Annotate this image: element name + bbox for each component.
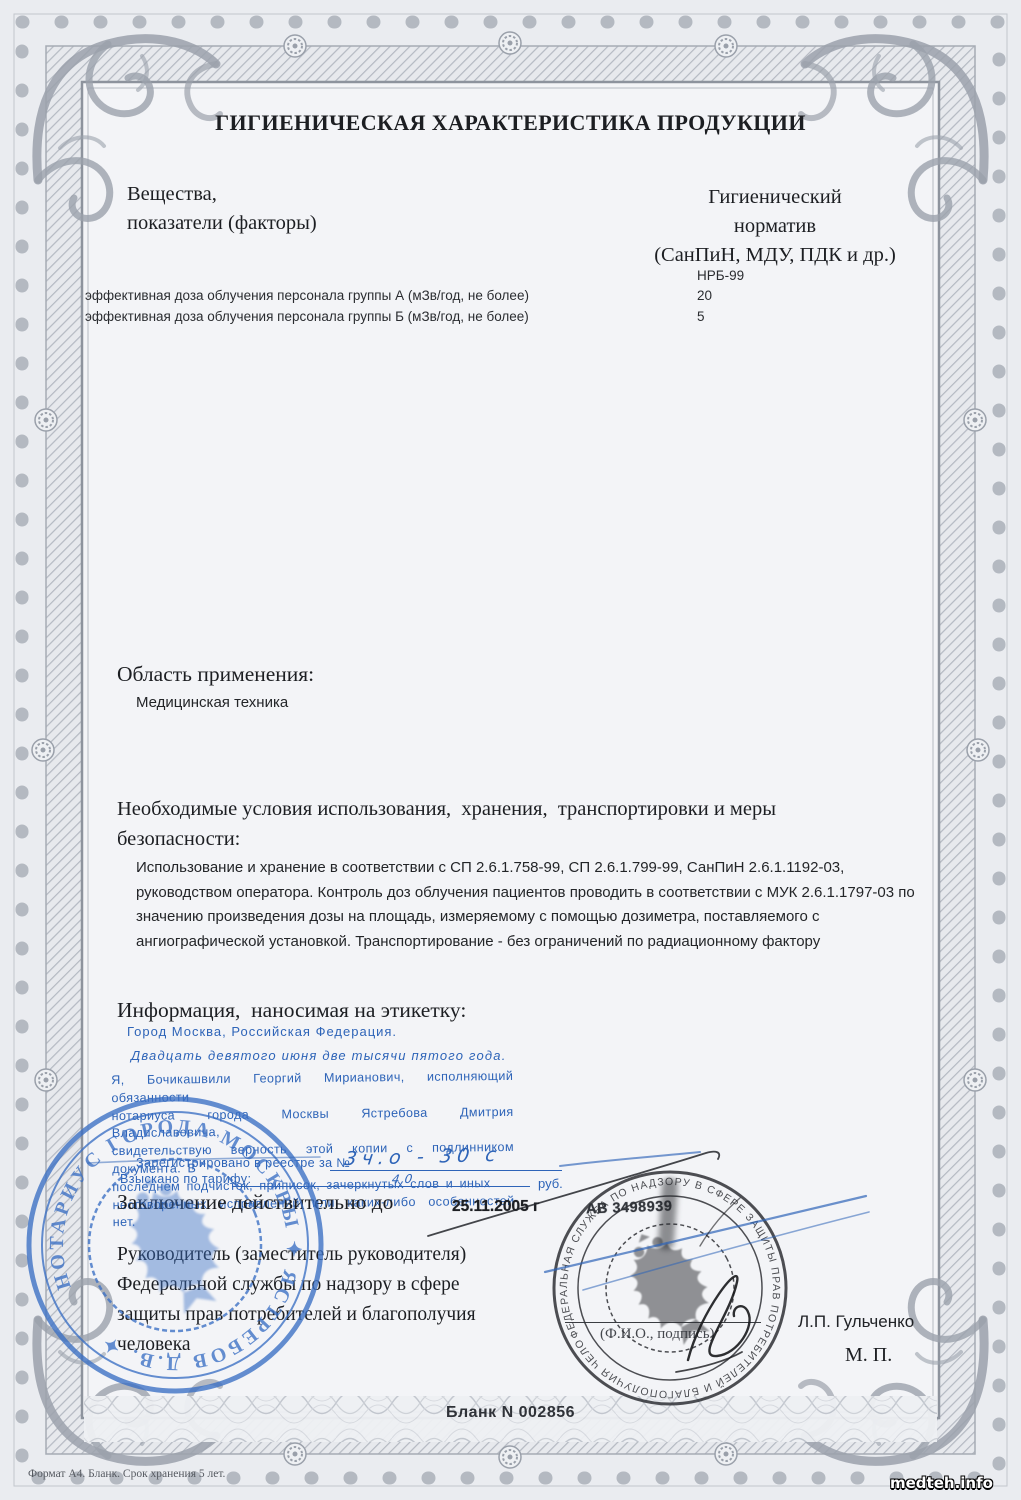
role-line: Федеральной службы по надзору в сфере (117, 1270, 476, 1300)
registry-value-handwritten: 3ч.о - 30 с (343, 1144, 502, 1170)
table-left-header-line2: показатели (факторы) (127, 212, 317, 235)
bleedthrough-line (608, 404, 873, 413)
bleedthrough-line (252, 678, 897, 688)
site-watermark: medteh.info (890, 1474, 993, 1492)
tariff-currency: руб. (538, 1176, 563, 1191)
conditions-heading-line1: Необходимые условия использования, хране… (117, 798, 776, 821)
document-title: ГИГИЕНИЧЕСКАЯ ХАРАКТЕРИСТИКА ПРОДУКЦИИ (0, 110, 1021, 136)
signatory-name: Л.П. Гульченко (798, 1312, 914, 1332)
bleedthrough-line (490, 614, 785, 626)
right-header-line2: норматив (630, 212, 920, 241)
table-row-label: эффективная доза облучения персонала гру… (85, 288, 529, 303)
mp-mark: М. П. (845, 1344, 892, 1367)
right-header-line1: Гигиенический (630, 183, 920, 212)
notary-city-line: Город Москва, Российская Федерация. (127, 1024, 397, 1039)
conditions-heading-line2: безопасности: (117, 828, 240, 851)
registry-line (330, 1170, 562, 1171)
tariff-label: Взыскано по тарифу: (120, 1172, 251, 1186)
bleedthrough-line (250, 743, 790, 753)
bleedthrough-line (700, 573, 885, 581)
bleedthrough-line (118, 982, 683, 992)
bleedthrough-line (560, 1161, 865, 1171)
certificate-page: САНИТАРНО-ЭПИДЕМИОЛОГИЧЕСКОЕ ЗАКЛЮЧЕНИЕ (0, 0, 1021, 1500)
bleedthrough-line (250, 700, 915, 710)
label-info-heading: Информация, наносимая на этикетку: (117, 998, 466, 1023)
bleedthrough-line (148, 362, 218, 371)
bleedthrough-line (258, 636, 903, 645)
bleedthrough-line (250, 722, 870, 732)
bleedthrough-line (158, 962, 848, 972)
fio-caption: (Ф.И.О., подпись) (600, 1326, 715, 1343)
role-line: Руководитель (заместитель руководителя) (117, 1240, 476, 1270)
table-row-label: эффективная доза облучения персонала гру… (85, 309, 529, 324)
bleedthrough-line (852, 356, 942, 366)
right-header-line3: (СанПиН, МДУ, ПДК и др.) (630, 241, 920, 270)
bleedthrough-line (488, 772, 773, 783)
ink-smudge (658, 1178, 679, 1251)
notary-date-line: Двадцать девятого июня две тысячи пятого… (131, 1048, 507, 1063)
registry-small-handwritten: 40 (391, 1172, 418, 1187)
role-line: защиты прав потребителей и благополучия (117, 1300, 476, 1330)
signature-line (565, 1322, 761, 1323)
validity-label: Заключение действительно до (117, 1190, 393, 1215)
bleedthrough-line (255, 652, 565, 660)
signatory-role: Руководитель (заместитель руководителя) … (117, 1240, 476, 1360)
bleedthrough-line (520, 556, 825, 565)
bleedthrough-line (848, 402, 948, 411)
statement-line: нотариуса города Москвы Ястребова Дмитри… (112, 1104, 514, 1140)
registry-label: Зарегистрировано в реестре за № (136, 1156, 350, 1170)
bleedthrough-line (618, 1118, 883, 1128)
standard-label: НРБ-99 (697, 268, 744, 283)
validity-date: 25.11.2005 г (452, 1198, 539, 1216)
tariff-line (232, 1186, 530, 1187)
bleedthrough-line (640, 531, 865, 540)
table-row-value: 20 (697, 288, 712, 303)
role-line: человека (117, 1330, 476, 1360)
statement-line: Я, Бочикашвили Георгий Мирианович, испол… (111, 1069, 513, 1105)
scope-value: Медицинская техника (136, 694, 288, 711)
bleedthrough-line (612, 358, 812, 369)
table-left-header-line1: Вещества, (127, 183, 217, 206)
bleedthrough-line (640, 1096, 875, 1106)
conditions-body: Использование и хранение в соответствии … (136, 856, 926, 954)
bleedthrough-line (648, 1140, 853, 1150)
scan-blotch (420, 140, 570, 240)
table-row-value: 5 (697, 309, 705, 324)
scope-heading: Область применения: (117, 662, 314, 687)
bleedthrough-line (140, 407, 225, 415)
table-right-header: Гигиенический норматив (СанПиН, МДУ, ПДК… (630, 183, 920, 270)
blank-number: Бланк N 002856 (0, 1404, 1021, 1422)
format-note: Формат А4. Бланк. Срок хранения 5 лет. (28, 1468, 225, 1480)
bleedthrough-line (545, 427, 880, 436)
